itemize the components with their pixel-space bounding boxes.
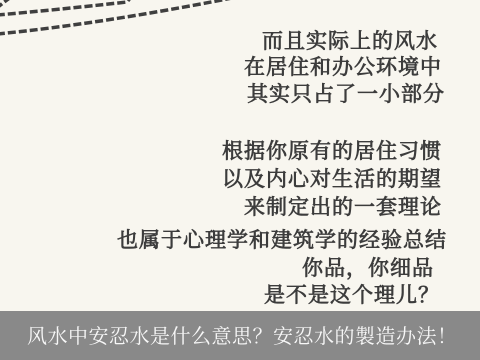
subtitle-line: 根据你原有的居住习惯 xyxy=(222,141,442,162)
subtitle-line: 你品，你细品 xyxy=(302,258,434,279)
subtitle-line: 是不是这个理儿？ xyxy=(264,285,440,306)
dashed-stroke-corner xyxy=(0,0,11,7)
subtitle-line: 在居住和办公环境中 xyxy=(244,57,442,78)
video-frame: 而且实际上的风水 在居住和办公环境中 其实只占了一小部分 根据你原有的居住习惯 … xyxy=(0,0,480,360)
subtitle-line: 也属于心理学和建筑学的经验总结 xyxy=(117,230,447,251)
sketch-dashed-lines-icon xyxy=(0,0,260,60)
dashed-stroke-middle xyxy=(0,0,131,15)
subtitle-line: 其实只占了一小部分 xyxy=(247,84,445,105)
subtitle-line: 以及内心对生活的期望 xyxy=(222,169,442,190)
caption-bar: 风水中安忍水是什么意思？安忍水的製造办法！ xyxy=(0,311,480,360)
dashed-stroke-long xyxy=(0,0,237,34)
subtitle-line: 而且实际上的风水 xyxy=(262,31,438,52)
caption-title: 风水中安忍水是什么意思？安忍水的製造办法！ xyxy=(0,326,458,346)
subtitle-line: 来制定出的一套理论 xyxy=(244,197,442,218)
